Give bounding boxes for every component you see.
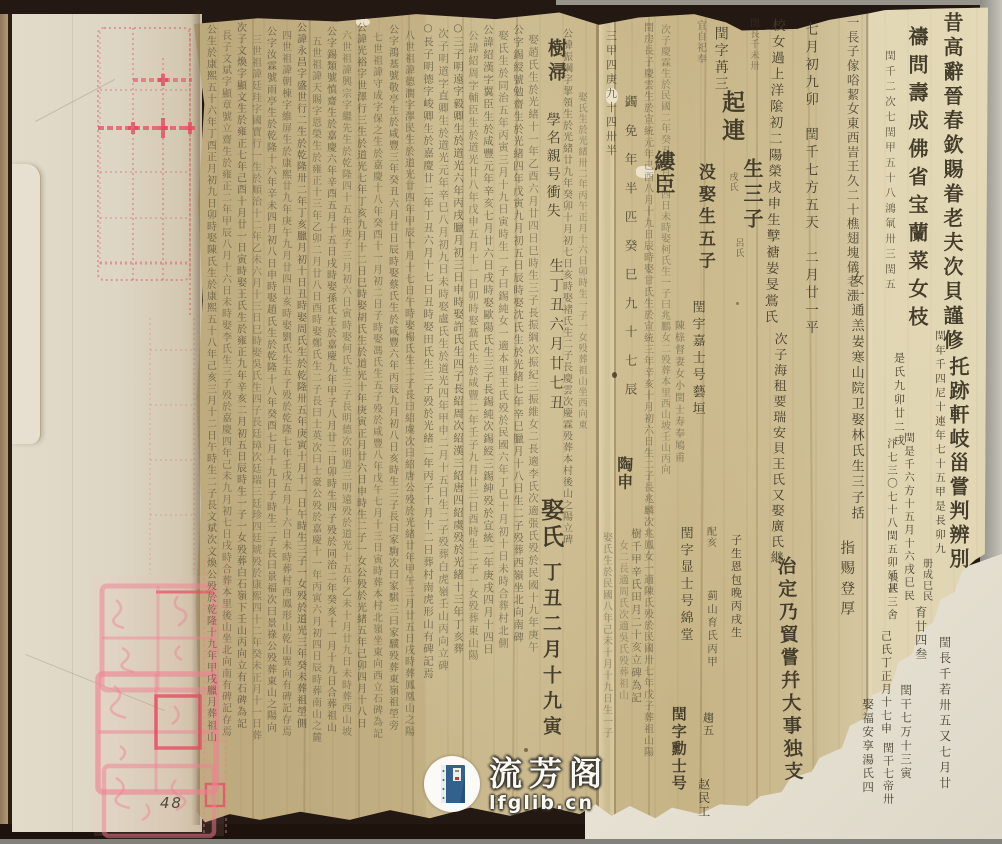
top-dark-border	[0, 0, 580, 14]
paper-fleck	[760, 20, 776, 30]
book-icon	[424, 756, 480, 812]
paper-crease	[512, 6, 518, 824]
ink-spot	[524, 748, 528, 752]
page-seam	[599, 6, 614, 824]
paper-crease	[72, 14, 73, 832]
paper-fleck	[636, 166, 654, 178]
genealogy-manuscript-scan: 公生於康熙五十六年丁酉正月初九日卯時娶陳氏生於康熙五十八年己亥三月十二日午時生二…	[0, 0, 1002, 844]
paper-crease	[462, 6, 464, 824]
manuscript-page	[194, 6, 988, 824]
watermark-site-url: lfglib.cn	[489, 792, 609, 814]
torn-paper-flap	[12, 164, 41, 444]
top-scan-edge	[556, 0, 1002, 5]
red-seal-stamps	[86, 556, 250, 842]
book-spine	[0, 0, 8, 844]
paper-crease	[699, 6, 707, 824]
watermark: 流芳阁 lfglib.cn	[424, 756, 609, 814]
paper-fleck	[356, 18, 370, 26]
page-seam	[614, 6, 616, 824]
paper-crease	[358, 6, 360, 824]
bottom-scan-edge	[0, 839, 1002, 844]
paper-crease	[807, 6, 815, 824]
paper-fleck	[606, 88, 618, 104]
ink-spot	[612, 372, 617, 378]
paper-crease	[648, 6, 650, 824]
leaf-joint	[866, 6, 868, 824]
paper-crease	[252, 6, 254, 824]
paper-crease	[756, 6, 758, 824]
ink-spot	[736, 302, 739, 305]
red-grid-stamp	[86, 18, 216, 578]
watermark-site-name: 流芳阁	[489, 756, 609, 792]
